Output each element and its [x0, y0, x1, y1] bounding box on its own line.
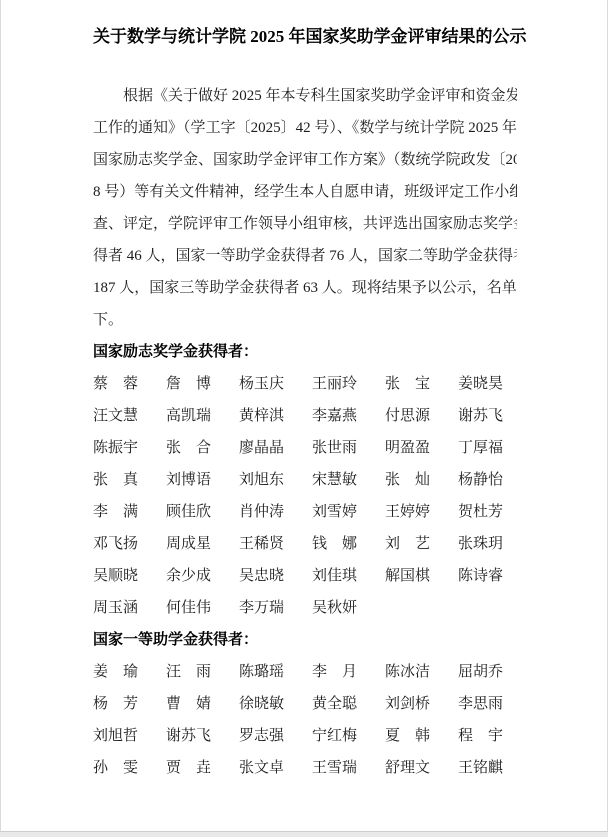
student-name: 孙 雯 — [93, 752, 138, 784]
student-name: 屈胡乔 — [458, 656, 503, 688]
intro-line: 根据《关于做好 2025 年本专科生国家奖助学金评审和资金发放 — [93, 80, 517, 112]
student-name: 夏 韩 — [385, 720, 430, 752]
student-name: 张 真 — [93, 464, 138, 496]
student-name: 张珠玥 — [458, 528, 503, 560]
student-name: 姜 瑜 — [93, 656, 138, 688]
student-name: 谢苏飞 — [458, 400, 503, 432]
student-name: 曹 婧 — [166, 688, 211, 720]
student-name: 付思源 — [385, 400, 430, 432]
student-name: 王丽玲 — [312, 368, 357, 400]
student-name: 汪文慧 — [93, 400, 138, 432]
name-row: 周玉涵何佳伟李万瑞吴秋妍 — [93, 592, 517, 624]
student-name: 王雪瑞 — [312, 752, 357, 784]
student-name: 周成星 — [166, 528, 211, 560]
student-name: 刘旭哲 — [93, 720, 138, 752]
student-name: 汪 雨 — [166, 656, 211, 688]
student-name: 陈璐瑶 — [239, 656, 284, 688]
section-heading: 国家励志奖学金获得者： — [93, 336, 517, 368]
student-name: 李思雨 — [458, 688, 503, 720]
student-name: 宋慧敏 — [312, 464, 357, 496]
intro-line: 187 人，国家三等助学金获得者 63 人。现将结果予以公示，名单如 — [93, 272, 517, 304]
student-name: 陈振宇 — [93, 432, 138, 464]
intro-line: 8 号）等有关文件精神，经学生本人自愿申请，班级评定工作小组审 — [93, 176, 517, 208]
document-title: 关于数学与统计学院 2025 年国家奖助学金评审结果的公示 — [93, 22, 517, 52]
student-name: 贺杜芳 — [458, 496, 503, 528]
student-name: 黄梓淇 — [239, 400, 284, 432]
award-section: 国家一等助学金获得者：姜 瑜汪 雨陈璐瑶李 月陈冰洁屈胡乔杨 芳曹 婧徐晓敏黄全… — [93, 624, 517, 784]
student-name: 张 合 — [166, 432, 211, 464]
name-row: 张 真刘博语刘旭东宋慧敏张 灿杨静怡 — [93, 464, 517, 496]
student-name: 程 宇 — [458, 720, 503, 752]
name-row: 吴顺晓余少成吴忠晓刘佳琪解国棋陈诗睿 — [93, 560, 517, 592]
student-name: 张文卓 — [239, 752, 284, 784]
student-name: 杨玉庆 — [239, 368, 284, 400]
intro-line: 下。 — [93, 304, 517, 336]
student-name: 吴秋妍 — [312, 592, 357, 624]
name-row: 陈振宇张 合廖晶晶张世雨明盈盈丁厚福 — [93, 432, 517, 464]
student-name: 邓飞扬 — [93, 528, 138, 560]
student-name: 舒理文 — [385, 752, 430, 784]
student-name: 余少成 — [166, 560, 211, 592]
student-name: 解国棋 — [385, 560, 430, 592]
student-name: 肖仲涛 — [239, 496, 284, 528]
student-name: 丁厚福 — [458, 432, 503, 464]
section-heading: 国家一等助学金获得者： — [93, 624, 517, 656]
student-name: 詹 博 — [166, 368, 211, 400]
name-row: 刘旭哲谢苏飞罗志强宁红梅夏 韩程 宇 — [93, 720, 517, 752]
student-name: 谢苏飞 — [166, 720, 211, 752]
student-name: 明盈盈 — [385, 432, 430, 464]
student-name: 高凯瑞 — [166, 400, 211, 432]
intro-line: 得者 46 人，国家一等助学金获得者 76 人，国家二等助学金获得者 — [93, 240, 517, 272]
student-name: 刘剑桥 — [385, 688, 430, 720]
student-name: 李万瑞 — [239, 592, 284, 624]
student-name: 刘雪婷 — [312, 496, 357, 528]
student-name: 王铭麒 — [458, 752, 503, 784]
name-row: 李 满顾佳欣肖仲涛刘雪婷王婷婷贺杜芳 — [93, 496, 517, 528]
student-name: 王稀贤 — [239, 528, 284, 560]
name-row: 蔡 蓉詹 博杨玉庆王丽玲张 宝姜晓昊 — [93, 368, 517, 400]
student-name: 吴顺晓 — [93, 560, 138, 592]
student-name: 钱 娜 — [312, 528, 357, 560]
student-name: 李 满 — [93, 496, 138, 528]
student-name: 贾 垚 — [166, 752, 211, 784]
student-name: 宁红梅 — [312, 720, 357, 752]
name-row: 杨 芳曹 婧徐晓敏黄全聪刘剑桥李思雨 — [93, 688, 517, 720]
student-name: 刘 艺 — [385, 528, 430, 560]
award-section: 国家励志奖学金获得者：蔡 蓉詹 博杨玉庆王丽玲张 宝姜晓昊汪文慧高凯瑞黄梓淇李嘉… — [93, 336, 517, 624]
sections: 国家励志奖学金获得者：蔡 蓉詹 博杨玉庆王丽玲张 宝姜晓昊汪文慧高凯瑞黄梓淇李嘉… — [93, 336, 517, 784]
student-name: 黄全聪 — [312, 688, 357, 720]
student-name: 李嘉燕 — [312, 400, 357, 432]
document-page: 关于数学与统计学院 2025 年国家奖助学金评审结果的公示 根据《关于做好 20… — [0, 0, 608, 832]
intro-line: 国家励志奖学金、国家助学金评审工作方案》（数统学院政发〔2025〕 — [93, 144, 517, 176]
student-name: 刘旭东 — [239, 464, 284, 496]
student-name: 陈冰洁 — [385, 656, 430, 688]
student-name: 刘佳琪 — [312, 560, 357, 592]
intro-line: 工作的通知》（学工字〔2025〕42 号）、《数学与统计学院 2025 年 — [93, 112, 517, 144]
student-name: 李 月 — [312, 656, 357, 688]
name-row: 姜 瑜汪 雨陈璐瑶李 月陈冰洁屈胡乔 — [93, 656, 517, 688]
student-name: 吴忠晓 — [239, 560, 284, 592]
name-row: 孙 雯贾 垚张文卓王雪瑞舒理文王铭麒 — [93, 752, 517, 784]
document-content: 关于数学与统计学院 2025 年国家奖助学金评审结果的公示 根据《关于做好 20… — [1, 0, 607, 831]
student-name: 张世雨 — [312, 432, 357, 464]
student-name: 徐晓敏 — [239, 688, 284, 720]
student-name: 王婷婷 — [385, 496, 430, 528]
student-name: 杨 芳 — [93, 688, 138, 720]
student-name: 蔡 蓉 — [93, 368, 138, 400]
student-name: 陈诗睿 — [458, 560, 503, 592]
student-name: 何佳伟 — [166, 592, 211, 624]
student-name: 姜晓昊 — [458, 368, 503, 400]
student-name: 张 宝 — [385, 368, 430, 400]
intro-paragraph: 根据《关于做好 2025 年本专科生国家奖助学金评审和资金发放工作的通知》（学工… — [93, 80, 517, 336]
student-name: 刘博语 — [166, 464, 211, 496]
student-name: 罗志强 — [239, 720, 284, 752]
name-row: 邓飞扬周成星王稀贤钱 娜刘 艺张珠玥 — [93, 528, 517, 560]
intro-line: 查、评定，学院评审工作领导小组审核，共评选出国家励志奖学金获 — [93, 208, 517, 240]
name-row: 汪文慧高凯瑞黄梓淇李嘉燕付思源谢苏飞 — [93, 400, 517, 432]
student-name: 顾佳欣 — [166, 496, 211, 528]
student-name: 周玉涵 — [93, 592, 138, 624]
student-name: 张 灿 — [385, 464, 430, 496]
student-name: 廖晶晶 — [239, 432, 284, 464]
student-name: 杨静怡 — [458, 464, 503, 496]
